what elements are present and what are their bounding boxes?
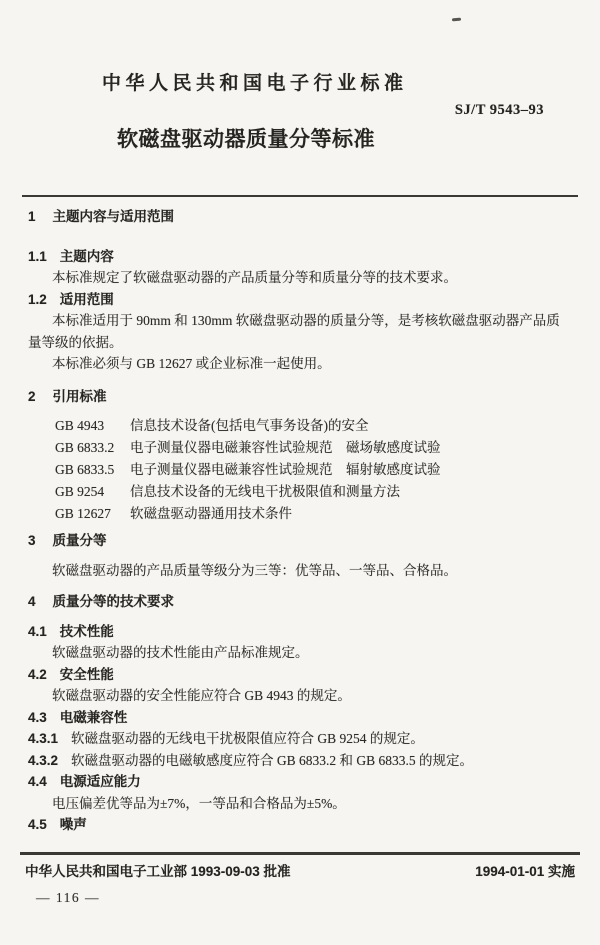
- section-title: 噪声: [60, 817, 87, 832]
- section-title: 主题内容: [60, 249, 114, 264]
- document-title: 软磁盘驱动器质量分等标准: [117, 127, 600, 153]
- reference-title: 电子测量仪器电磁兼容性试验规范 辐射敏感度试验: [130, 459, 441, 481]
- section-number: 4.3: [28, 710, 47, 725]
- reference-item: GB 6833.2电子测量仪器电磁兼容性试验规范 磁场敏感度试验: [55, 437, 578, 459]
- section-1-2-heading: 1.2适用范围: [28, 289, 578, 311]
- reference-item: GB 12627软磁盘驱动器通用技术条件: [55, 503, 578, 525]
- reference-item: GB 6833.5电子测量仪器电磁兼容性试验规范 辐射敏感度试验: [55, 459, 578, 481]
- section-title: 电源适应能力: [60, 774, 141, 789]
- reference-list: GB 4943信息技术设备(包括电气事务设备)的安全 GB 6833.2电子测量…: [55, 415, 578, 525]
- section-title: 电磁兼容性: [60, 710, 128, 725]
- clause-4-3-2: 4.3.2软磁盘驱动器的电磁敏感度应符合 GB 6833.2 和 GB 6833…: [28, 750, 578, 772]
- section-number: 1: [28, 209, 36, 224]
- document-body: 1主题内容与适用范围 1.1主题内容 本标准规定了软磁盘驱动器的产品质量分等和质…: [0, 206, 600, 836]
- section-4-heading: 4质量分等的技术要求: [28, 591, 578, 613]
- paragraph-1-2b: 本标准必须与 GB 12627 或企业标准一起使用。: [28, 353, 578, 375]
- section-4-1-heading: 4.1技术性能: [28, 621, 578, 643]
- section-number: 1.1: [28, 249, 47, 264]
- section-number: 1.2: [28, 292, 47, 307]
- document-header: 中华人民共和国电子行业标准 SJ/T 9543–93 软磁盘驱动器质量分等标准: [0, 0, 600, 153]
- paragraph-4-2: 软磁盘驱动器的安全性能应符合 GB 4943 的规定。: [28, 685, 578, 707]
- clause-text: 软磁盘驱动器的电磁敏感度应符合 GB 6833.2 和 GB 6833.5 的规…: [71, 753, 473, 768]
- section-title: 适用范围: [60, 292, 114, 307]
- document-page: 中华人民共和国电子行业标准 SJ/T 9543–93 软磁盘驱动器质量分等标准 …: [0, 0, 600, 945]
- implementation-text: 1994-01-01 实施: [475, 860, 575, 880]
- clause-text: 软磁盘驱动器的无线电干扰极限值应符合 GB 9254 的规定。: [71, 731, 424, 746]
- section-2-heading: 2引用标准: [28, 386, 578, 408]
- section-number: 4: [28, 594, 36, 609]
- section-number: 4.1: [28, 624, 47, 639]
- standard-org-title: 中华人民共和国电子行业标准: [102, 72, 600, 96]
- reference-item: GB 9254信息技术设备的无线电干扰极限值和测量方法: [55, 481, 578, 503]
- reference-title: 信息技术设备的无线电干扰极限值和测量方法: [130, 481, 400, 503]
- section-number: 3: [28, 533, 36, 548]
- reference-item: GB 4943信息技术设备(包括电气事务设备)的安全: [55, 415, 578, 437]
- section-title: 质量分等的技术要求: [53, 594, 175, 609]
- section-number: 4.5: [28, 817, 47, 832]
- reference-code: GB 4943: [55, 415, 130, 437]
- reference-code: GB 6833.5: [55, 459, 130, 481]
- section-1-1-heading: 1.1主题内容: [28, 246, 578, 268]
- section-number: 4.4: [28, 774, 47, 789]
- section-title: 技术性能: [60, 624, 114, 639]
- section-title: 引用标准: [53, 389, 107, 404]
- paragraph-1-2-line2: 量等级的依据。: [28, 332, 578, 354]
- section-4-5-heading: 4.5噪声: [28, 814, 578, 836]
- section-title: 安全性能: [60, 667, 114, 682]
- page-number: — 116 —: [36, 890, 100, 906]
- paragraph-4-1: 软磁盘驱动器的技术性能由产品标准规定。: [28, 642, 578, 664]
- reference-code: GB 9254: [55, 481, 130, 503]
- section-number: 2: [28, 389, 36, 404]
- section-3-heading: 3质量分等: [28, 530, 578, 552]
- section-4-4-heading: 4.4电源适应能力: [28, 771, 578, 793]
- section-4-3-heading: 4.3电磁兼容性: [28, 707, 578, 729]
- reference-title: 电子测量仪器电磁兼容性试验规范 磁场敏感度试验: [130, 437, 441, 459]
- paragraph-4-4: 电压偏差优等品为±7%，一等品和合格品为±5%。: [28, 793, 578, 815]
- approval-text: 中华人民共和国电子工业部 1993-09-03 批准: [25, 860, 291, 880]
- paragraph-3: 软磁盘驱动器的产品质量等级分为三等：优等品、一等品、合格品。: [28, 560, 578, 582]
- clause-4-3-1: 4.3.1软磁盘驱动器的无线电干扰极限值应符合 GB 9254 的规定。: [28, 728, 578, 750]
- paragraph-1-2-line1: 本标准适用于 90mm 和 130mm 软磁盘驱动器的质量分等，是考核软磁盘驱动…: [28, 310, 578, 332]
- scan-artifact: [452, 18, 461, 22]
- footer-divider: [20, 852, 580, 855]
- section-1-heading: 1主题内容与适用范围: [28, 206, 578, 228]
- document-footer: 中华人民共和国电子工业部 1993-09-03 批准 1994-01-01 实施: [25, 860, 575, 880]
- reference-title: 信息技术设备(包括电气事务设备)的安全: [130, 415, 369, 437]
- reference-title: 软磁盘驱动器通用技术条件: [130, 503, 292, 525]
- standard-number: SJ/T 9543–93: [0, 102, 600, 118]
- reference-code: GB 12627: [55, 503, 130, 525]
- section-number: 4.2: [28, 667, 47, 682]
- clause-number: 4.3.1: [28, 731, 58, 746]
- paragraph-1-1: 本标准规定了软磁盘驱动器的产品质量分等和质量分等的技术要求。: [28, 267, 578, 289]
- section-4-2-heading: 4.2安全性能: [28, 664, 578, 686]
- clause-number: 4.3.2: [28, 753, 58, 768]
- reference-code: GB 6833.2: [55, 437, 130, 459]
- section-title: 主题内容与适用范围: [53, 209, 175, 224]
- section-title: 质量分等: [53, 533, 107, 548]
- header-divider: [22, 195, 578, 197]
